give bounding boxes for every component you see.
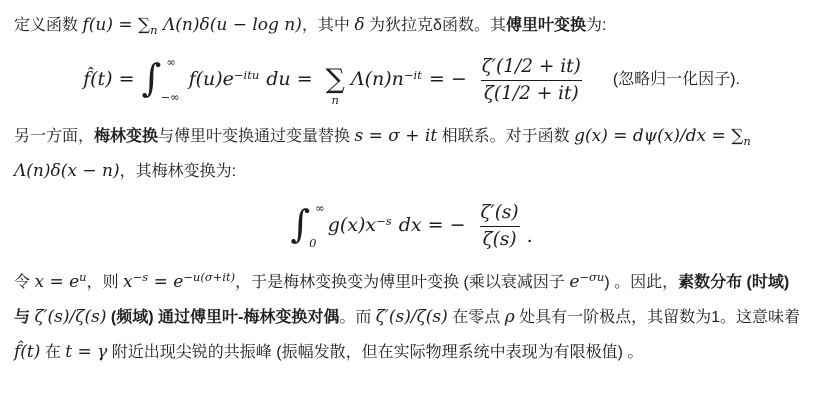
integral-limits: ∞−∞	[162, 57, 181, 103]
inline-math-t-gamma: t = γ	[65, 342, 107, 362]
integral: ∫∞0	[290, 203, 327, 249]
text-run: ) 。因此，	[604, 274, 678, 291]
text-run: ，则	[87, 274, 123, 291]
text-run: 在	[40, 344, 65, 361]
sum-icon: ∑	[326, 66, 345, 93]
math-text: g(x)x	[328, 214, 376, 236]
text-run: 为:	[586, 17, 606, 34]
text-run: ，其中	[302, 17, 354, 34]
integral: ∫∞−∞	[142, 57, 189, 103]
paragraph-duality: 令 x = eu，则 x−s = e−u(σ+it)，于是梅林变换变为傅里叶变换…	[14, 265, 809, 370]
inline-math-x-eu: x = eu	[34, 272, 86, 292]
inline-math-rho: ρ	[505, 307, 515, 327]
inline-math-delta: δ	[354, 15, 364, 35]
zeta-fraction: ζ′(s)ζ(s)	[477, 201, 521, 250]
inline-math-zeta-ratio: ζ′(s)/ζ(s)	[376, 307, 448, 327]
zeta-fraction: ζ′(1/2 + it)ζ(1/2 + it)	[479, 55, 584, 104]
formula-fourier-transform: f̂(t) = ∫∞−∞ f(u)e−itu du = ∑n Λ(n)n−it …	[14, 51, 809, 109]
math-text: = e	[148, 272, 183, 292]
summation: ∑n	[326, 66, 345, 107]
math-text: x	[123, 272, 133, 292]
math-text: e	[569, 272, 579, 292]
text-run: 相联系。对于函数	[437, 128, 574, 145]
text-run: 定义函数	[14, 17, 82, 34]
text-run: ，其梅林变换为:	[120, 163, 236, 180]
bold-frequency-domain: (频域) 通过傅里叶-梅林变换对偶	[106, 309, 339, 326]
integrand: f(u)e−itu	[189, 68, 260, 92]
integral-icon: ∫	[142, 59, 162, 97]
math-text: f(u)e	[189, 68, 234, 90]
document-body: 定义函数 f(u) = ∑n Λ(n)δ(u − log n)，其中 δ 为狄拉…	[0, 0, 823, 370]
text-run: ，于是梅林变换变为傅里叶变换 (乘以衰减因子	[235, 274, 569, 291]
sum-term: Λ(n)n−it	[351, 68, 422, 92]
formula-lhs: f̂(t) =	[83, 68, 134, 92]
text-run: 。而	[339, 309, 375, 326]
paragraph-mellin: 另一方面，梅林变换与傅里叶变换通过变量替换 s = σ + it 相联系。对于函…	[14, 119, 809, 189]
text-run: 为狄拉克δ函数。其	[365, 17, 506, 34]
math-text: Λ(n)n	[351, 68, 404, 90]
inline-math-zeta-ratio: ζ′(s)/ζ(s)	[34, 307, 106, 327]
text-run: 处具有一阶极点，其留数为1。这意味着	[515, 309, 800, 326]
text-run: 令	[14, 274, 34, 291]
integral-upper-limit: ∞	[315, 203, 325, 215]
integral-lower-limit: −∞	[160, 92, 179, 104]
fraction-denominator: ζ(1/2 + it)	[481, 80, 582, 105]
math-text: f(u) = ∑	[82, 15, 150, 35]
paragraph-definition: 定义函数 f(u) = ∑n Λ(n)δ(u − log n)，其中 δ 为狄拉…	[14, 8, 809, 43]
math-text: = −	[429, 68, 467, 92]
math-text: Λ(n)δ(u − log n)	[158, 15, 302, 35]
math-text: Λ(n)δ(x − n)	[14, 161, 120, 181]
fraction-numerator: ζ′(1/2 + it)	[479, 55, 584, 79]
formula-mellin-transform: ∫∞0 g(x)x−s dx = − ζ′(s)ζ(s) .	[14, 197, 809, 255]
inline-math-decay-factor: e−σu	[569, 272, 604, 292]
integral-lower-limit: 0	[309, 238, 319, 250]
fraction-numerator: ζ′(s)	[477, 201, 521, 225]
inline-math-fhat: f̂(t)	[14, 342, 40, 362]
formula-period: .	[527, 225, 533, 249]
inline-math-x-power: x−s = e−u(σ+it)	[123, 272, 235, 292]
formula-note: (忽略归一化因子).	[613, 70, 740, 90]
math-text: g(x) = dψ(x)/dx = ∑	[574, 126, 743, 146]
inline-math-f-definition: f(u) = ∑n Λ(n)δ(u − log n)	[82, 15, 301, 35]
math-text: du =	[266, 68, 312, 92]
integrand: g(x)x−s	[328, 214, 392, 238]
integral-limits: ∞0	[311, 203, 321, 249]
bold-mellin-transform: 梅林变换	[94, 128, 158, 145]
text-run: 另一方面，	[14, 128, 94, 145]
text-run: 与傅里叶变换通过变量替换	[158, 128, 354, 145]
bold-fourier-transform: 傅里叶变换	[506, 17, 586, 34]
integral-icon: ∫	[290, 205, 310, 243]
sum-index: n	[332, 95, 339, 107]
math-text: x = e	[34, 272, 79, 292]
text-run: 在零点	[448, 309, 505, 326]
text-run: 附近出现尖锐的共振峰 (振幅发散，但在实际物理系统中表现为有限极值) 。	[107, 344, 643, 361]
fraction-denominator: ζ(s)	[480, 226, 520, 251]
integral-upper-limit: ∞	[166, 57, 185, 69]
math-text: dx = −	[399, 214, 466, 238]
inline-math-substitution: s = σ + it	[354, 126, 437, 146]
